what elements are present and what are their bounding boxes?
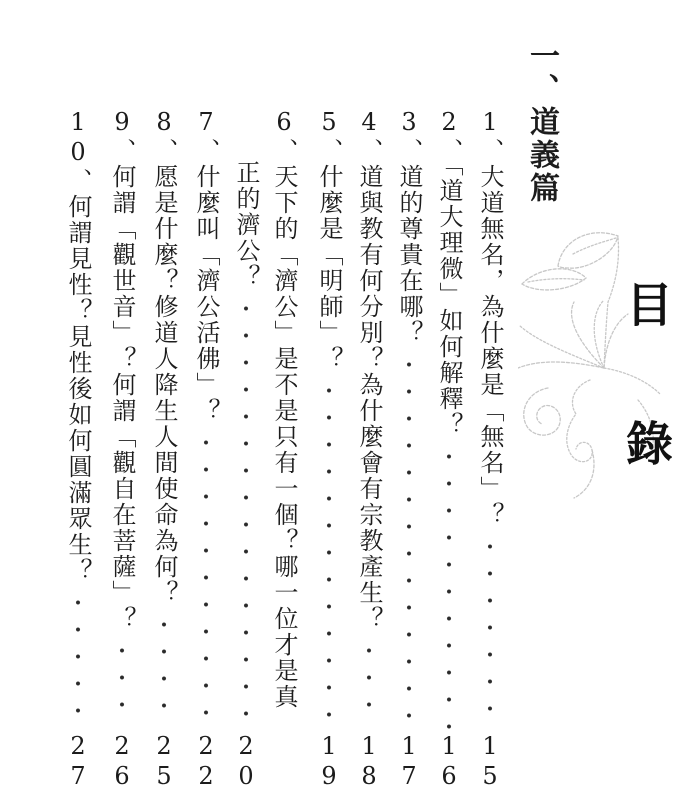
toc-item-1: 1、大道無名，為什麼是「無名」？ 15 [469, 108, 511, 792]
dot-leader [225, 295, 267, 729]
toc-item-9: 9、何謂「觀世音」？何謂「觀自在菩薩」？ 26 [101, 108, 143, 792]
page-number: 27 [57, 732, 99, 792]
toc-item-10: 10、何謂見性？見性後如何圓滿眾生？ 27 [57, 108, 99, 792]
page-number: 17 [388, 732, 430, 792]
page-number: 20 [225, 732, 267, 792]
page-number: 22 [185, 732, 227, 792]
toc-item-label: 8、愿是什麼？修道人降生人間使命為何？ [143, 108, 185, 606]
toc-item-3: 3、道的尊貴在哪？ 17 [388, 108, 430, 792]
dot-leader [57, 589, 99, 729]
toc-item-2: 2、「道大理微」如何解釋？ 16 [428, 108, 470, 792]
dot-leader [348, 637, 390, 729]
toc-item-8: 8、愿是什麼？修道人降生人間使命為何？ 25 [143, 108, 185, 792]
toc-item-4: 4、道與教有何分別？為什麼會有宗教產生？ 18 [348, 108, 390, 792]
toc-item-label: 1、大道無名，為什麼是「無名」？ [469, 108, 511, 528]
toc-item-label: 9、何謂「觀世音」？何謂「觀自在菩薩」？ [101, 108, 143, 632]
page-number: 15 [469, 732, 511, 792]
toc-item-6-line2: 正的濟公？ 20 [225, 160, 267, 792]
page-number: 26 [101, 732, 143, 792]
page-number: 25 [143, 732, 185, 792]
dot-leader [428, 443, 470, 729]
toc-item-label: 10、何謂見性？見性後如何圓滿眾生？ [57, 108, 99, 584]
toc-item-label: 正的濟公？ [225, 160, 267, 290]
dot-leader [185, 429, 227, 729]
dot-leader [469, 533, 511, 729]
page-number: 19 [308, 732, 350, 792]
dot-leader [143, 611, 185, 729]
table-of-contents-title: 目錄 [612, 280, 679, 558]
toc-item-5: 5、什麼是「明師」？ 19 [308, 108, 350, 792]
toc-item-label: 7、什麼叫「濟公活佛」？ [185, 108, 227, 424]
toc-item-label: 4、道與教有何分別？為什麼會有宗教產生？ [348, 108, 390, 632]
dot-leader [308, 377, 350, 729]
toc-item-label: 2、「道大理微」如何解釋？ [428, 108, 470, 438]
page-number: 16 [428, 732, 470, 792]
toc-item-label: 5、什麼是「明師」？ [308, 108, 350, 372]
dot-leader [388, 351, 430, 729]
toc-item-label: 3、道的尊貴在哪？ [388, 108, 430, 346]
toc-item-label: 6、天下的「濟公」是不是只有一個？哪一位才是真 [270, 108, 298, 710]
toc-item-6-line1: 6、天下的「濟公」是不是只有一個？哪一位才是真 [263, 108, 305, 710]
toc-item-7: 7、什麼叫「濟公活佛」？ 22 [185, 108, 227, 792]
dot-leader [101, 637, 143, 729]
section-title: 一、道義篇 [520, 40, 562, 205]
page-number: 18 [348, 732, 390, 792]
book-page: 目錄 一、道義篇 1、大道無名，為什麼是「無名」？ 15 2、「道大理微」如何解… [0, 0, 700, 805]
